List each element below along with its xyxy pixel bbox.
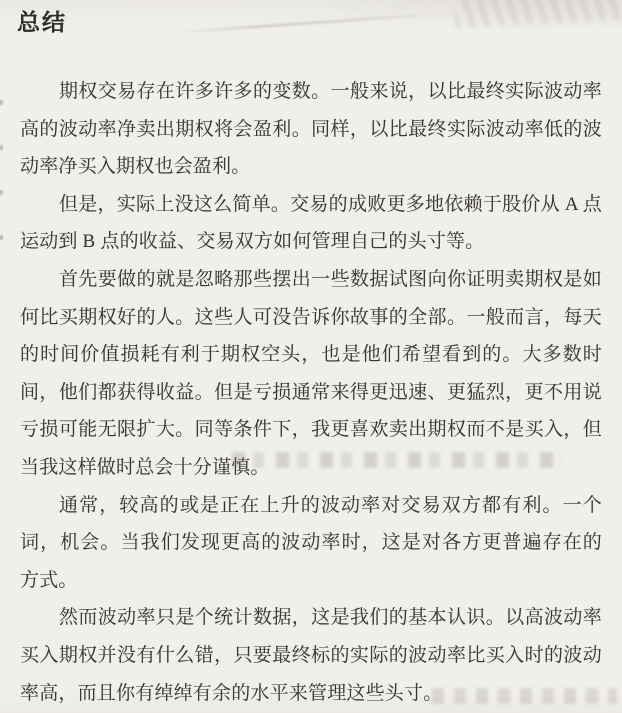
text-line: 亏损可能无限扩大。同等条件下，我更喜欢卖出期权而不是买入，但 xyxy=(20,411,602,449)
page-title: 总结 xyxy=(17,8,67,38)
text-line: 方式。 xyxy=(20,562,602,600)
text-line: 的时间价值损耗有利于期权空头，也是他们希望看到的。大多数时 xyxy=(20,336,602,374)
text-line: 率高，而且你有绰绰有余的水平来管理这些头寸。 xyxy=(20,675,602,713)
text-line: 高的波动率净卖出期权将会盈利。同样，以比最终实际波动率低的波 xyxy=(20,111,602,149)
scan-edge-specks xyxy=(0,100,3,270)
scanned-book-page: { "page": { "heading": "总结", "paragraphs… xyxy=(0,0,622,713)
scan-smudge xyxy=(454,0,622,28)
body-text: 期权交易存在许多许多的变数。一般来说，以比最终实际波动率 高的波动率净卖出期权将… xyxy=(20,73,602,712)
text-line: 期权交易存在许多许多的变数。一般来说，以比最终实际波动率 xyxy=(20,73,602,111)
text-line: 首先要做的就是忽略那些摆出一些数据试图向你证明卖期权是如 xyxy=(20,261,602,299)
text-line: 动率净买入期权也会盈利。 xyxy=(20,148,602,186)
text-line: 词，机会。当我们发现更高的波动率时，这是对各方更普遍存在的 xyxy=(20,524,602,562)
text-line: 但是，实际上没这么简单。交易的成败更多地依赖于股价从 A 点 xyxy=(20,186,602,224)
paper-background: 总结 期权交易存在许多许多的变数。一般来说，以比最终实际波动率 高的波动率净卖出… xyxy=(0,0,622,713)
scan-scratch xyxy=(175,13,444,34)
text-line: 然而波动率只是个统计数据，这是我们的基本认识。以高波动率 xyxy=(20,599,602,637)
text-line: 当我这样做时总会十分谨慎。 xyxy=(20,449,602,487)
text-line: 通常，较高的或是正在上升的波动率对交易双方都有利。一个 xyxy=(20,487,602,525)
text-line: 买入期权并没有什么错，只要最终标的实际的波动率比买入时的波动 xyxy=(20,637,602,675)
text-line: 间，他们都获得收益。但是亏损通常来得更迅速、更猛烈，更不用说 xyxy=(20,374,602,412)
text-line: 何比买期权好的人。这些人可没告诉你故事的全部。一般而言，每天 xyxy=(20,299,602,337)
text-line: 运动到 B 点的收益、交易双方如何管理自己的头寸等。 xyxy=(20,223,602,261)
